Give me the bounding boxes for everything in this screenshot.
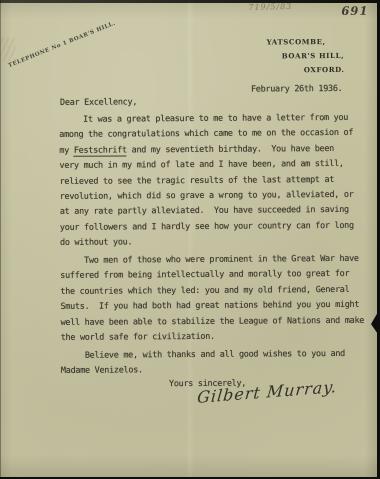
salutation: Dear Excellency,: [60, 97, 137, 108]
letterhead-address-line-1: YATSCOMBE,: [267, 37, 326, 46]
body-line-segment: my: [59, 146, 74, 156]
archive-page-number: 691: [341, 4, 368, 18]
body-line: at any rate partly alleviated. You have …: [60, 203, 380, 221]
telephone-stamp: TELEPHONE No 1 BOAR'S HILL.: [8, 21, 117, 69]
body-line: the world safe for civilization.: [61, 329, 380, 347]
body-line: do without you.: [60, 234, 380, 252]
underlined-word: Festschrift: [74, 145, 127, 157]
body-line: your followers and I hardly see how your…: [60, 218, 380, 236]
faint-pencil-smudge: [1, 37, 16, 61]
body-line-segment: and my seventieth birthday. You have bee…: [127, 144, 334, 155]
letter-date: February 26th 1936.: [251, 84, 343, 95]
body-line: very much in my mind of late and I have …: [59, 157, 379, 175]
letter-body: It was a great pleasure to me to have a …: [59, 111, 380, 380]
body-line: Smuts. If you had both had great nations…: [60, 298, 380, 316]
body-line: Believe me, with thanks and all good wis…: [61, 347, 380, 365]
body-line: well have been able to stabilize the Lea…: [61, 313, 380, 331]
archive-reference-number: 719/5/83: [248, 2, 292, 12]
scan-edge-left: [0, 0, 1, 479]
letter-page: 719/5/83 691 TELEPHONE No 1 BOAR'S HILL.…: [0, 0, 380, 479]
scan-edge-top: [0, 0, 380, 3]
letterhead-address-line-2: BOAR'S HILL,: [282, 51, 344, 60]
letterhead-address-line-3: OXFORD.: [304, 65, 345, 74]
letter-content: 719/5/83 691 TELEPHONE No 1 BOAR'S HILL.…: [0, 0, 380, 479]
